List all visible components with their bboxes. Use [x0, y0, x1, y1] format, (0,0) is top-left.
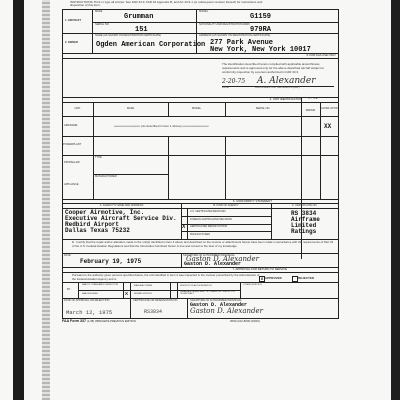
owner-name-label: NAME (As shown on registration certifica… [95, 35, 161, 38]
model-label: MODEL [199, 11, 208, 14]
rejected-label: REJECTED [298, 277, 314, 280]
aircraft-make-field[interactable]: Grumman [124, 14, 153, 21]
approval-statement: Pursuant to the authority given persons … [72, 274, 262, 282]
row-propeller-label: PROPELLER [64, 162, 80, 165]
nationality-label: NATIONALITY AND REGISTRATION MARK [199, 24, 250, 27]
by-inspection-authorization-label: INSPECTION AUTHORIZATION [180, 285, 212, 287]
section3-title: 3. FOR FAA USE ONLY [212, 54, 336, 57]
col-serial: SERIAL NO. [225, 108, 301, 111]
section5-title: 5. TYPE [308, 98, 318, 101]
section7-title: 7. APPROVAL FOR RETURN TO SERVICE [182, 268, 287, 271]
faa-inspector-signature: A. Alexander [257, 77, 316, 86]
faa-inspector-label: FAA Inspector, SW-GADO-4 (DAL) [255, 87, 299, 90]
by-canadian-inspector-label: CANADIAN DEPARTMENT OF TRANSPORT INSPECT… [180, 291, 238, 295]
section4-title: 4. UNIT IDENTIFICATION [182, 98, 302, 101]
aircraft-serial-field[interactable]: 151 [135, 27, 148, 34]
scan-edge-right [391, 0, 400, 400]
certificate-line-4[interactable]: Ratings [291, 229, 316, 235]
col-unit: UNIT [62, 108, 93, 111]
stock-number: 0052-022-8000 (8320) [230, 320, 260, 323]
by-repair-station-checkbox[interactable]: X [125, 292, 128, 297]
instructions-text: INSTRUCTIONS: Print or type all entries.… [70, 1, 270, 7]
scan-edge-left [13, 0, 24, 400]
kind-of-agency-label: B. KIND OF AGENCY [181, 205, 271, 208]
certification-statement: D. I certify that the repair and/or alte… [72, 241, 334, 249]
scan-noise-strip [42, 0, 50, 400]
by-repair-station-label: REPAIR STATION [134, 293, 152, 295]
by-manufacturer-label: MANUFACTURER [134, 285, 152, 287]
conformity-date-label: DATE [64, 255, 71, 258]
form-title: FAA Form 337 [62, 319, 86, 323]
approved-label: APPROVED [265, 277, 282, 280]
serial-label: SERIAL NO. [95, 24, 109, 27]
kind-us-mechanic-label: U.S. CERTIFICATED MECHANIC [190, 211, 226, 213]
owner-address-line2[interactable]: New York, New York 10017 [210, 47, 311, 54]
faa-date-field: 2-20-75 [222, 79, 245, 85]
kind-manufacturer-label: MANUFACTURER [190, 234, 210, 236]
approval-by-label: BY [67, 289, 70, 292]
col-model: MODEL [168, 108, 225, 111]
kind-foreign-mechanic-label: FOREIGN CERTIFICATED MECHANIC [190, 219, 232, 221]
certificate-no-label: C. CERTIFICATE NO. [271, 205, 338, 208]
by-other-label: OTHER (Specify) [243, 284, 262, 286]
row-airframe-label: AIRFRAME [64, 125, 77, 128]
approval-date-field[interactable]: March 12, 1975 [66, 310, 112, 316]
form-name: FAA Form 337 (1-65) OBSOLETE PREVIOUS ED… [62, 320, 136, 324]
col-alteration: ALTER-ATION [320, 108, 339, 111]
row-powerplant-label: POWERPLANT [63, 144, 81, 147]
by-faa-inspector-label: FAA FLT. STANDARDS INSPECTOR [82, 284, 118, 286]
section6-title: 6. CONFORMITY STATEMENT [192, 200, 272, 203]
airframe-alteration-mark[interactable]: XX [324, 124, 331, 130]
approval-signature: Gaston D. Alexander [190, 308, 263, 315]
agency-line-4[interactable]: Dallas Texas 75232 [65, 228, 130, 234]
kind-repair-station-checkbox[interactable]: X [182, 225, 185, 230]
make-label: MAKE [95, 11, 102, 14]
faa-form-337: INSTRUCTIONS: Print or type all entries.… [62, 0, 338, 328]
agency-name-label: A. AGENCY'S NAME AND ADDRESS [62, 205, 181, 208]
section-owner-label: 2. OWNER [65, 42, 78, 45]
faa-date-label: Date [222, 87, 229, 90]
by-faa-designee-label: FAA DESIGNEE [82, 293, 98, 295]
approval-cert-label: CERTIFICATE OR DESIGNATION NO. [133, 300, 183, 303]
approval-cert-field[interactable]: RS3834 [144, 310, 162, 315]
aircraft-model-field[interactable]: G1159 [250, 14, 271, 21]
col-make: MAKE [93, 108, 168, 111]
conformity-date-field[interactable]: February 19, 1975 [80, 259, 141, 265]
faa-approval-statement: The identification described herein comp… [222, 62, 334, 74]
airframe-make-cell: ••••••••••••••••••••••••• (As described … [114, 125, 209, 128]
kind-repair-station-label: CERTIFICATED REPAIR STATION [190, 226, 227, 228]
col-repair: REPAIR [301, 110, 320, 113]
appliance-manufacturer-label: MANUFACTURER [95, 176, 117, 179]
section-aircraft-label: 1. AIRCRAFT [65, 20, 81, 23]
approval-date-label: DATE OF APPROVAL OR REJECTION [64, 300, 124, 303]
owner-name-field[interactable]: Ogden American Corporation [96, 42, 205, 49]
form-edition: (1-65) OBSOLETE PREVIOUS EDITION [87, 320, 136, 323]
registration-field[interactable]: 979RA [250, 27, 271, 34]
owner-address-label: ADDRESS (As shown on registration certif… [199, 35, 270, 38]
row-appliance-label: APPLIANCE [64, 184, 79, 187]
appliance-type-label: TYPE [95, 157, 102, 160]
